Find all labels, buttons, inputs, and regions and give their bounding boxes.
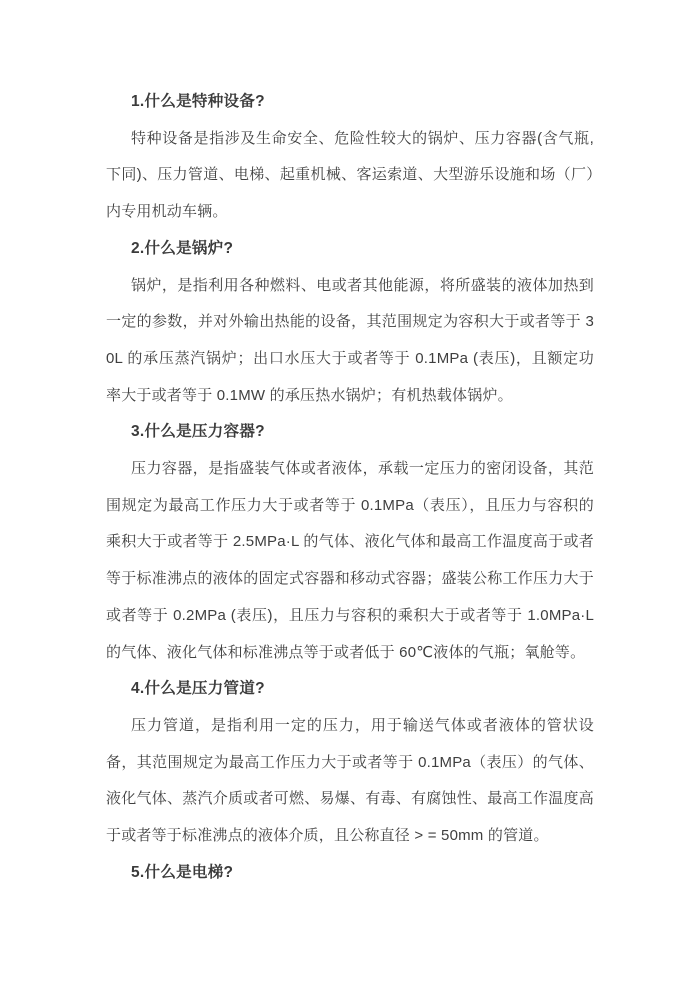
section-heading: 1.什么是特种设备? — [106, 84, 594, 121]
document-page: 1.什么是特种设备? 特种设备是指涉及生命安全、危险性较大的锅炉、压力容器(含气… — [0, 0, 700, 990]
section-heading: 3.什么是压力容器? — [106, 414, 594, 451]
qa-section-pressure-pipe: 4.什么是压力管道? 压力管道，是指利用一定的压力，用于输送气体或者液体的管状设… — [106, 671, 594, 855]
section-heading: 2.什么是锅炉? — [106, 231, 594, 268]
qa-section-special-equipment: 1.什么是特种设备? 特种设备是指涉及生命安全、危险性较大的锅炉、压力容器(含气… — [106, 84, 594, 231]
qa-section-boiler: 2.什么是锅炉? 锅炉，是指利用各种燃料、电或者其他能源，将所盛装的液体加热到一… — [106, 231, 594, 415]
qa-section-elevator: 5.什么是电梯? — [106, 855, 594, 892]
section-heading: 4.什么是压力管道? — [106, 671, 594, 708]
section-paragraph: 特种设备是指涉及生命安全、危险性较大的锅炉、压力容器(含气瓶,下同)、压力管道、… — [106, 121, 594, 231]
section-paragraph: 压力管道，是指利用一定的压力，用于输送气体或者液体的管状设备，其范围规定为最高工… — [106, 708, 594, 855]
qa-section-pressure-vessel: 3.什么是压力容器? 压力容器，是指盛装气体或者液体，承载一定压力的密闭设备，其… — [106, 414, 594, 671]
section-paragraph: 锅炉，是指利用各种燃料、电或者其他能源，将所盛装的液体加热到一定的参数，并对外输… — [106, 268, 594, 415]
section-paragraph: 压力容器，是指盛装气体或者液体，承载一定压力的密闭设备，其范围规定为最高工作压力… — [106, 451, 594, 671]
section-heading: 5.什么是电梯? — [106, 855, 594, 892]
